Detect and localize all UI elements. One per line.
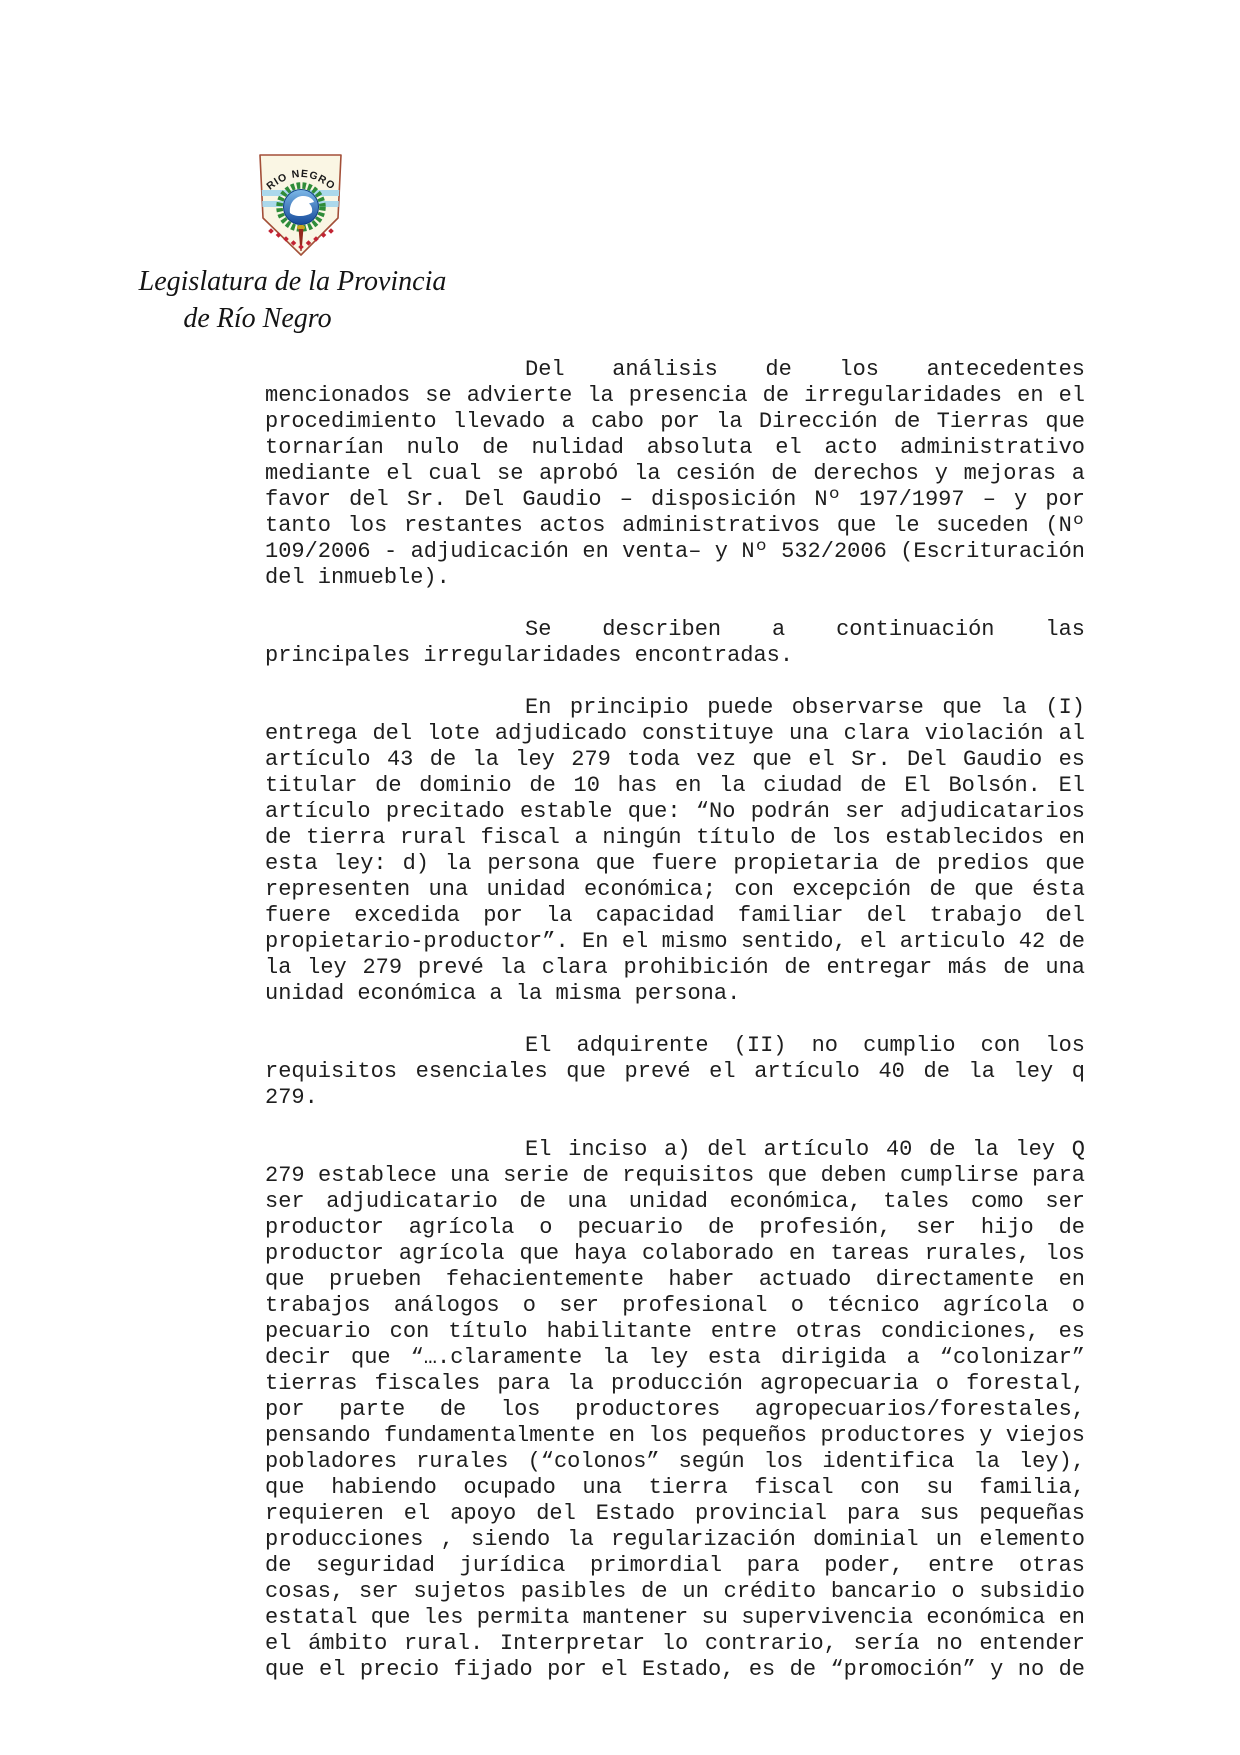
document-line: la ley 279 prevé la clara prohibición de…	[265, 955, 1085, 981]
document-line: producciones , siendo la regularización …	[265, 1527, 1085, 1553]
document-line: Se describen a continuación las	[265, 617, 1085, 643]
document-line: del inmueble).	[265, 565, 1085, 591]
paragraph: En principio puede observarse que la (I)…	[265, 695, 1085, 1007]
document-line: ser adjudicatario de una unidad económic…	[265, 1189, 1085, 1215]
document-line: mediante el cual se aprobó la cesión de …	[265, 461, 1085, 487]
document-line: unidad económica a la misma persona.	[265, 981, 1085, 1007]
document-line: 279.	[265, 1085, 1085, 1111]
document-line: trabajos análogos o ser profesional o té…	[265, 1293, 1085, 1319]
document-line: pobladores rurales (“colonos” según los …	[265, 1449, 1085, 1475]
paragraph: Se describen a continuación las principa…	[265, 617, 1085, 669]
document-line: En principio puede observarse que la (I)	[265, 695, 1085, 721]
document-line: Del análisis de los antecedentes	[265, 357, 1085, 383]
document-line: entrega del lote adjudicado constituye u…	[265, 721, 1085, 747]
document-line: por parte de los productores agropecuari…	[265, 1397, 1085, 1423]
document-line: que habiendo ocupado una tierra fiscal c…	[265, 1475, 1085, 1501]
document-line: decir que “….claramente la ley esta diri…	[265, 1345, 1085, 1371]
document-line: de tierra rural fiscal a ningún título d…	[265, 825, 1085, 851]
document-line: tanto los restantes actos administrativo…	[265, 513, 1085, 539]
document-line: esta ley: d) la persona que fuere propie…	[265, 851, 1085, 877]
document-line: cosas, ser sujetos pasibles de un crédit…	[265, 1579, 1085, 1605]
org-name-line2: de Río Negro	[125, 300, 390, 337]
document-line: tornarían nulo de nulidad absoluta el ac…	[265, 435, 1085, 461]
rio-negro-coat-of-arms-icon: RIO NEGRO	[253, 150, 348, 260]
org-name-line1: Legislatura de la Provincia	[125, 263, 460, 300]
document-line: artículo precitado estable que: “No podr…	[265, 799, 1085, 825]
document-line: El inciso a) del artículo 40 de la ley Q	[265, 1137, 1085, 1163]
document-line: favor del Sr. Del Gaudio – disposición N…	[265, 487, 1085, 513]
paragraph: Del análisis de los antecedentes mencion…	[265, 357, 1085, 591]
document-line: procedimiento llevado a cabo por la Dire…	[265, 409, 1085, 435]
document-line: El adquirente (II) no cumplio con los	[265, 1033, 1085, 1059]
document-line: productor agrícola o pecuario de profesi…	[265, 1215, 1085, 1241]
document-line: titular de dominio de 10 has en la ciuda…	[265, 773, 1085, 799]
document-line: tierras fiscales para la producción agro…	[265, 1371, 1085, 1397]
document-line: el ámbito rural. Interpretar lo contrari…	[265, 1631, 1085, 1657]
document-line: mencionados se advierte la presencia de …	[265, 383, 1085, 409]
document-line: de seguridad jurídica primordial para po…	[265, 1553, 1085, 1579]
paragraph: El adquirente (II) no cumplio con los re…	[265, 1033, 1085, 1111]
document-line: fuere excedida por la capacidad familiar…	[265, 903, 1085, 929]
document-line: requieren el apoyo del Estado provincial…	[265, 1501, 1085, 1527]
document-line: artículo 43 de la ley 279 toda vez que e…	[265, 747, 1085, 773]
document-line: productor agrícola que haya colaborado e…	[265, 1241, 1085, 1267]
document-line: pensando fundamentalmente en los pequeño…	[265, 1423, 1085, 1449]
document-line: representen una unidad económica; con ex…	[265, 877, 1085, 903]
document-line: 279 establece una serie de requisitos qu…	[265, 1163, 1085, 1189]
document-line: requisitos esenciales que prevé el artíc…	[265, 1059, 1085, 1085]
document-line: que prueben fehacientemente haber actuad…	[265, 1267, 1085, 1293]
document-line: propietario-productor”. En el mismo sent…	[265, 929, 1085, 955]
document-page: RIO NEGRO Legislatura de la Provincia de…	[0, 0, 1240, 1755]
paragraph: El inciso a) del artículo 40 de la ley Q…	[265, 1137, 1085, 1683]
letterhead: Legislatura de la Provincia de Río Negro	[125, 263, 460, 337]
document-line: 109/2006 - adjudicación en venta– y Nº 5…	[265, 539, 1085, 565]
document-line: que el precio fijado por el Estado, es d…	[265, 1657, 1085, 1683]
document-line: estatal que les permita mantener su supe…	[265, 1605, 1085, 1631]
document-body: Del análisis de los antecedentes mencion…	[265, 357, 1085, 1709]
document-line: pecuario con título habilitante entre ot…	[265, 1319, 1085, 1345]
document-line: principales irregularidades encontradas.	[265, 643, 1085, 669]
